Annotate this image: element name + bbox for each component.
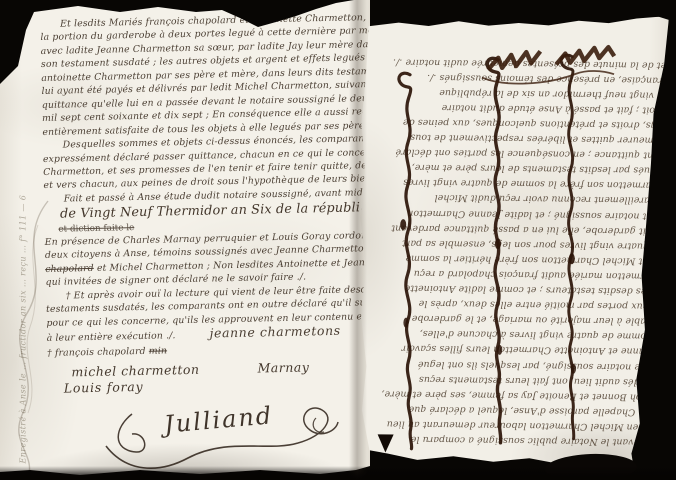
signature-text: † françois chapolard (47, 346, 146, 359)
signature-scribble (556, 47, 614, 66)
notary-signature: Julliand (92, 388, 350, 474)
signature-marnay: Marnay (257, 358, 309, 376)
scanner-background: Enregistré à Anse le … fructidor an six … (0, 0, 676, 480)
signature-jeanne: jeanne charmetons (209, 323, 340, 341)
cancellation-stroke-1 (394, 73, 416, 449)
lecture-text: à leur entière exécution ./. (47, 330, 176, 344)
witness-struck-word: chapolard (45, 263, 94, 275)
manuscript-page-left: Enregistré à Anse le … fructidor an six … (0, 0, 370, 480)
triangle-marker-icon (377, 434, 393, 452)
page-seam-shadow (349, 0, 367, 480)
cancellation-overlay (353, 10, 675, 472)
signature-scribble-underline (482, 70, 614, 85)
cancellation-stroke-3 (557, 55, 579, 439)
signature-scribble (488, 51, 540, 71)
signature-struck-word: min (149, 346, 167, 357)
cancellation-stroke-2 (482, 58, 505, 443)
act-text-block: Et lesdits Mariés françois chapolard et … (40, 11, 378, 397)
scan-bottom-shadow (0, 466, 676, 480)
manuscript-page-right: Pardevant le Notaire public soussigné a … (353, 10, 675, 472)
